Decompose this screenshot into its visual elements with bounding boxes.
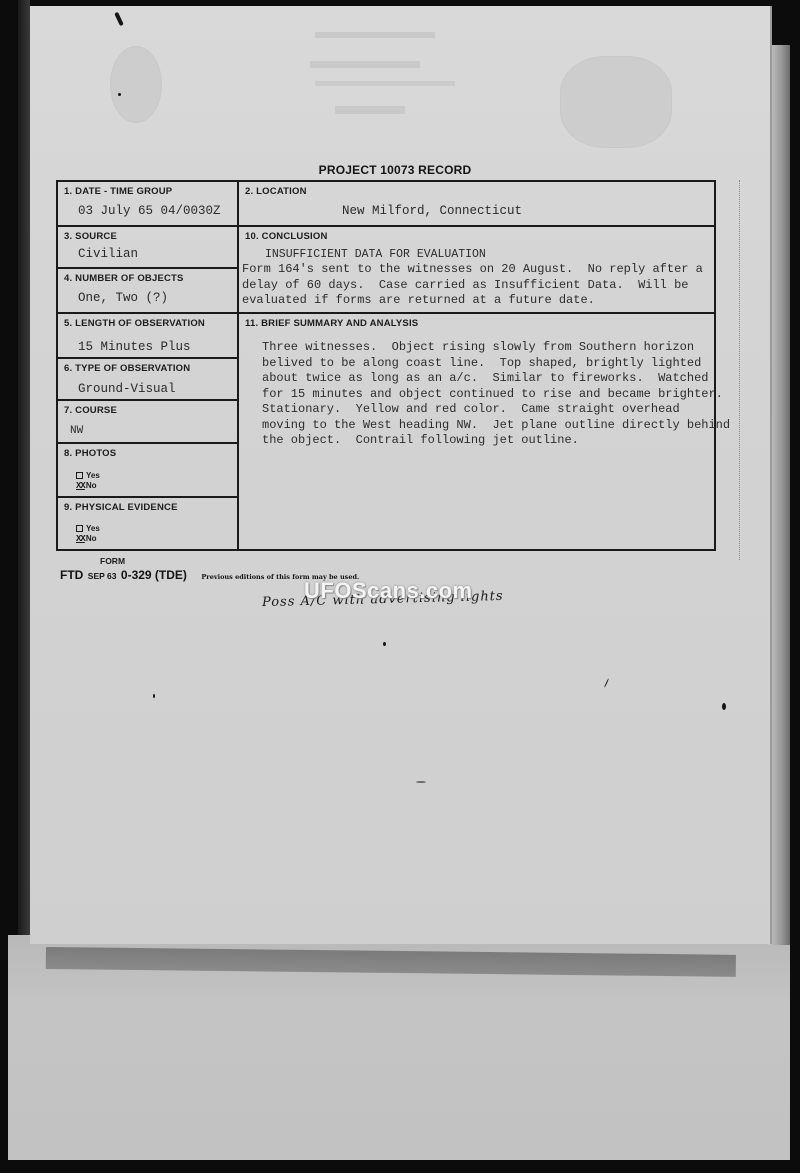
field-length-of-observation: 5. LENGTH OF OBSERVATION 15 Minutes Plus: [58, 314, 237, 359]
field-value: One, Two (?): [78, 291, 168, 305]
field-value: NW: [70, 425, 83, 437]
field-conclusion: 10. CONCLUSION INSUFFICIENT DATA FOR EVA…: [239, 227, 714, 314]
checkbox-marked-icon: XX: [76, 534, 85, 544]
field-type-of-observation: 6. TYPE OF OBSERVATION Ground-Visual: [58, 359, 237, 401]
option-label: No: [86, 534, 97, 543]
scan-right-edge: [768, 45, 790, 945]
field-summary: 11. BRIEF SUMMARY AND ANALYSIS Three wit…: [239, 314, 714, 551]
field-source: 3. SOURCE Civilian: [58, 227, 237, 269]
form-left-column: 1. DATE - TIME GROUP 03 July 65 04/0030Z…: [58, 182, 239, 549]
footer-ftd: FTD: [60, 568, 83, 582]
field-label: 10. CONCLUSION: [245, 231, 328, 242]
text-line: Form 164's sent to the witnesses on 20 A…: [242, 262, 703, 278]
field-label: 8. PHOTOS: [64, 448, 116, 459]
field-value: 15 Minutes Plus: [78, 340, 191, 354]
field-number-of-objects: 4. NUMBER OF OBJECTS One, Two (?): [58, 269, 237, 314]
scan-speck: [153, 694, 155, 698]
field-physical-evidence: 9. PHYSICAL EVIDENCE Yes XXNo: [58, 498, 237, 551]
field-value: New Milford, Connecticut: [342, 204, 522, 218]
field-label: 4. NUMBER OF OBJECTS: [64, 273, 184, 284]
evidence-yes-option[interactable]: Yes: [76, 524, 100, 533]
option-label: No: [86, 481, 97, 490]
fold-line: [739, 180, 740, 560]
field-course: 7. COURSE NW: [58, 401, 237, 444]
footer-form-label: FORM: [100, 556, 125, 566]
text-line: about twice as long as an a/c. Similar t…: [262, 371, 730, 387]
text-line: delay of 60 days. Case carried as Insuff…: [242, 278, 703, 294]
field-label: 5. LENGTH OF OBSERVATION: [64, 318, 205, 329]
form-right-column: 2. LOCATION New Milford, Connecticut 10.…: [239, 182, 714, 549]
footer-form-number: 0-329 (TDE): [121, 568, 187, 582]
conclusion-text: Form 164's sent to the witnesses on 20 A…: [242, 262, 703, 309]
text-line: Three witnesses. Object rising slowly fr…: [262, 340, 730, 356]
text-line: the object. Contrail following jet outli…: [262, 433, 730, 449]
scan-speck: [416, 781, 426, 783]
footer-date: SEP 63: [88, 571, 117, 581]
text-line: for 15 minutes and object continued to r…: [262, 387, 730, 403]
summary-text: Three witnesses. Object rising slowly fr…: [262, 340, 730, 449]
field-label: 7. COURSE: [64, 405, 117, 416]
bleed-through-seal: [110, 46, 162, 123]
checkbox-empty-icon: [76, 525, 83, 532]
field-value: Civilian: [78, 247, 138, 261]
field-label: 1. DATE - TIME GROUP: [64, 186, 172, 197]
title-text: PROJECT 10073 RECORD: [319, 163, 472, 177]
text-line: moving to the West heading NW. Jet plane…: [262, 418, 730, 434]
bleed-through-emblem: [560, 56, 672, 148]
text-line: Stationary. Yellow and red color. Came s…: [262, 402, 730, 418]
scan-left-edge: [18, 0, 30, 960]
scan-speck: [118, 93, 121, 96]
photos-yes-option[interactable]: Yes: [76, 471, 100, 480]
scan-speck: [722, 703, 726, 710]
photos-no-option[interactable]: XXNo: [76, 481, 96, 491]
option-label: Yes: [86, 471, 100, 480]
field-label: 11. BRIEF SUMMARY AND ANALYSIS: [245, 318, 418, 329]
field-value: 03 July 65 04/0030Z: [78, 204, 221, 218]
watermark: UFOScans.com: [304, 578, 473, 604]
bleed-through-text: [335, 106, 405, 114]
text-line: evaluated if forms are returned at a fut…: [242, 293, 703, 309]
field-date-time-group: 1. DATE - TIME GROUP 03 July 65 04/0030Z: [58, 182, 237, 227]
field-label: 3. SOURCE: [64, 231, 117, 242]
field-photos: 8. PHOTOS Yes XXNo: [58, 444, 237, 498]
bleed-through-text: [310, 61, 420, 68]
conclusion-heading: INSUFFICIENT DATA FOR EVALUATION: [265, 247, 486, 263]
record-form: 1. DATE - TIME GROUP 03 July 65 04/0030Z…: [56, 180, 716, 551]
document-title: PROJECT 10073 RECORD: [0, 163, 800, 177]
field-label: 6. TYPE OF OBSERVATION: [64, 363, 190, 374]
option-label: Yes: [86, 524, 100, 533]
text-line: belived to be along coast line. Top shap…: [262, 356, 730, 372]
field-location: 2. LOCATION New Milford, Connecticut: [239, 182, 714, 227]
evidence-no-option[interactable]: XXNo: [76, 534, 96, 544]
bleed-through-text: [315, 81, 455, 86]
checkbox-empty-icon: [76, 472, 83, 479]
field-label: 9. PHYSICAL EVIDENCE: [64, 502, 178, 513]
field-label: 2. LOCATION: [245, 186, 307, 197]
checkbox-marked-icon: XX: [76, 481, 85, 491]
scan-speck: [383, 642, 386, 646]
field-value: Ground-Visual: [78, 382, 176, 396]
bleed-through-text: [315, 32, 435, 38]
